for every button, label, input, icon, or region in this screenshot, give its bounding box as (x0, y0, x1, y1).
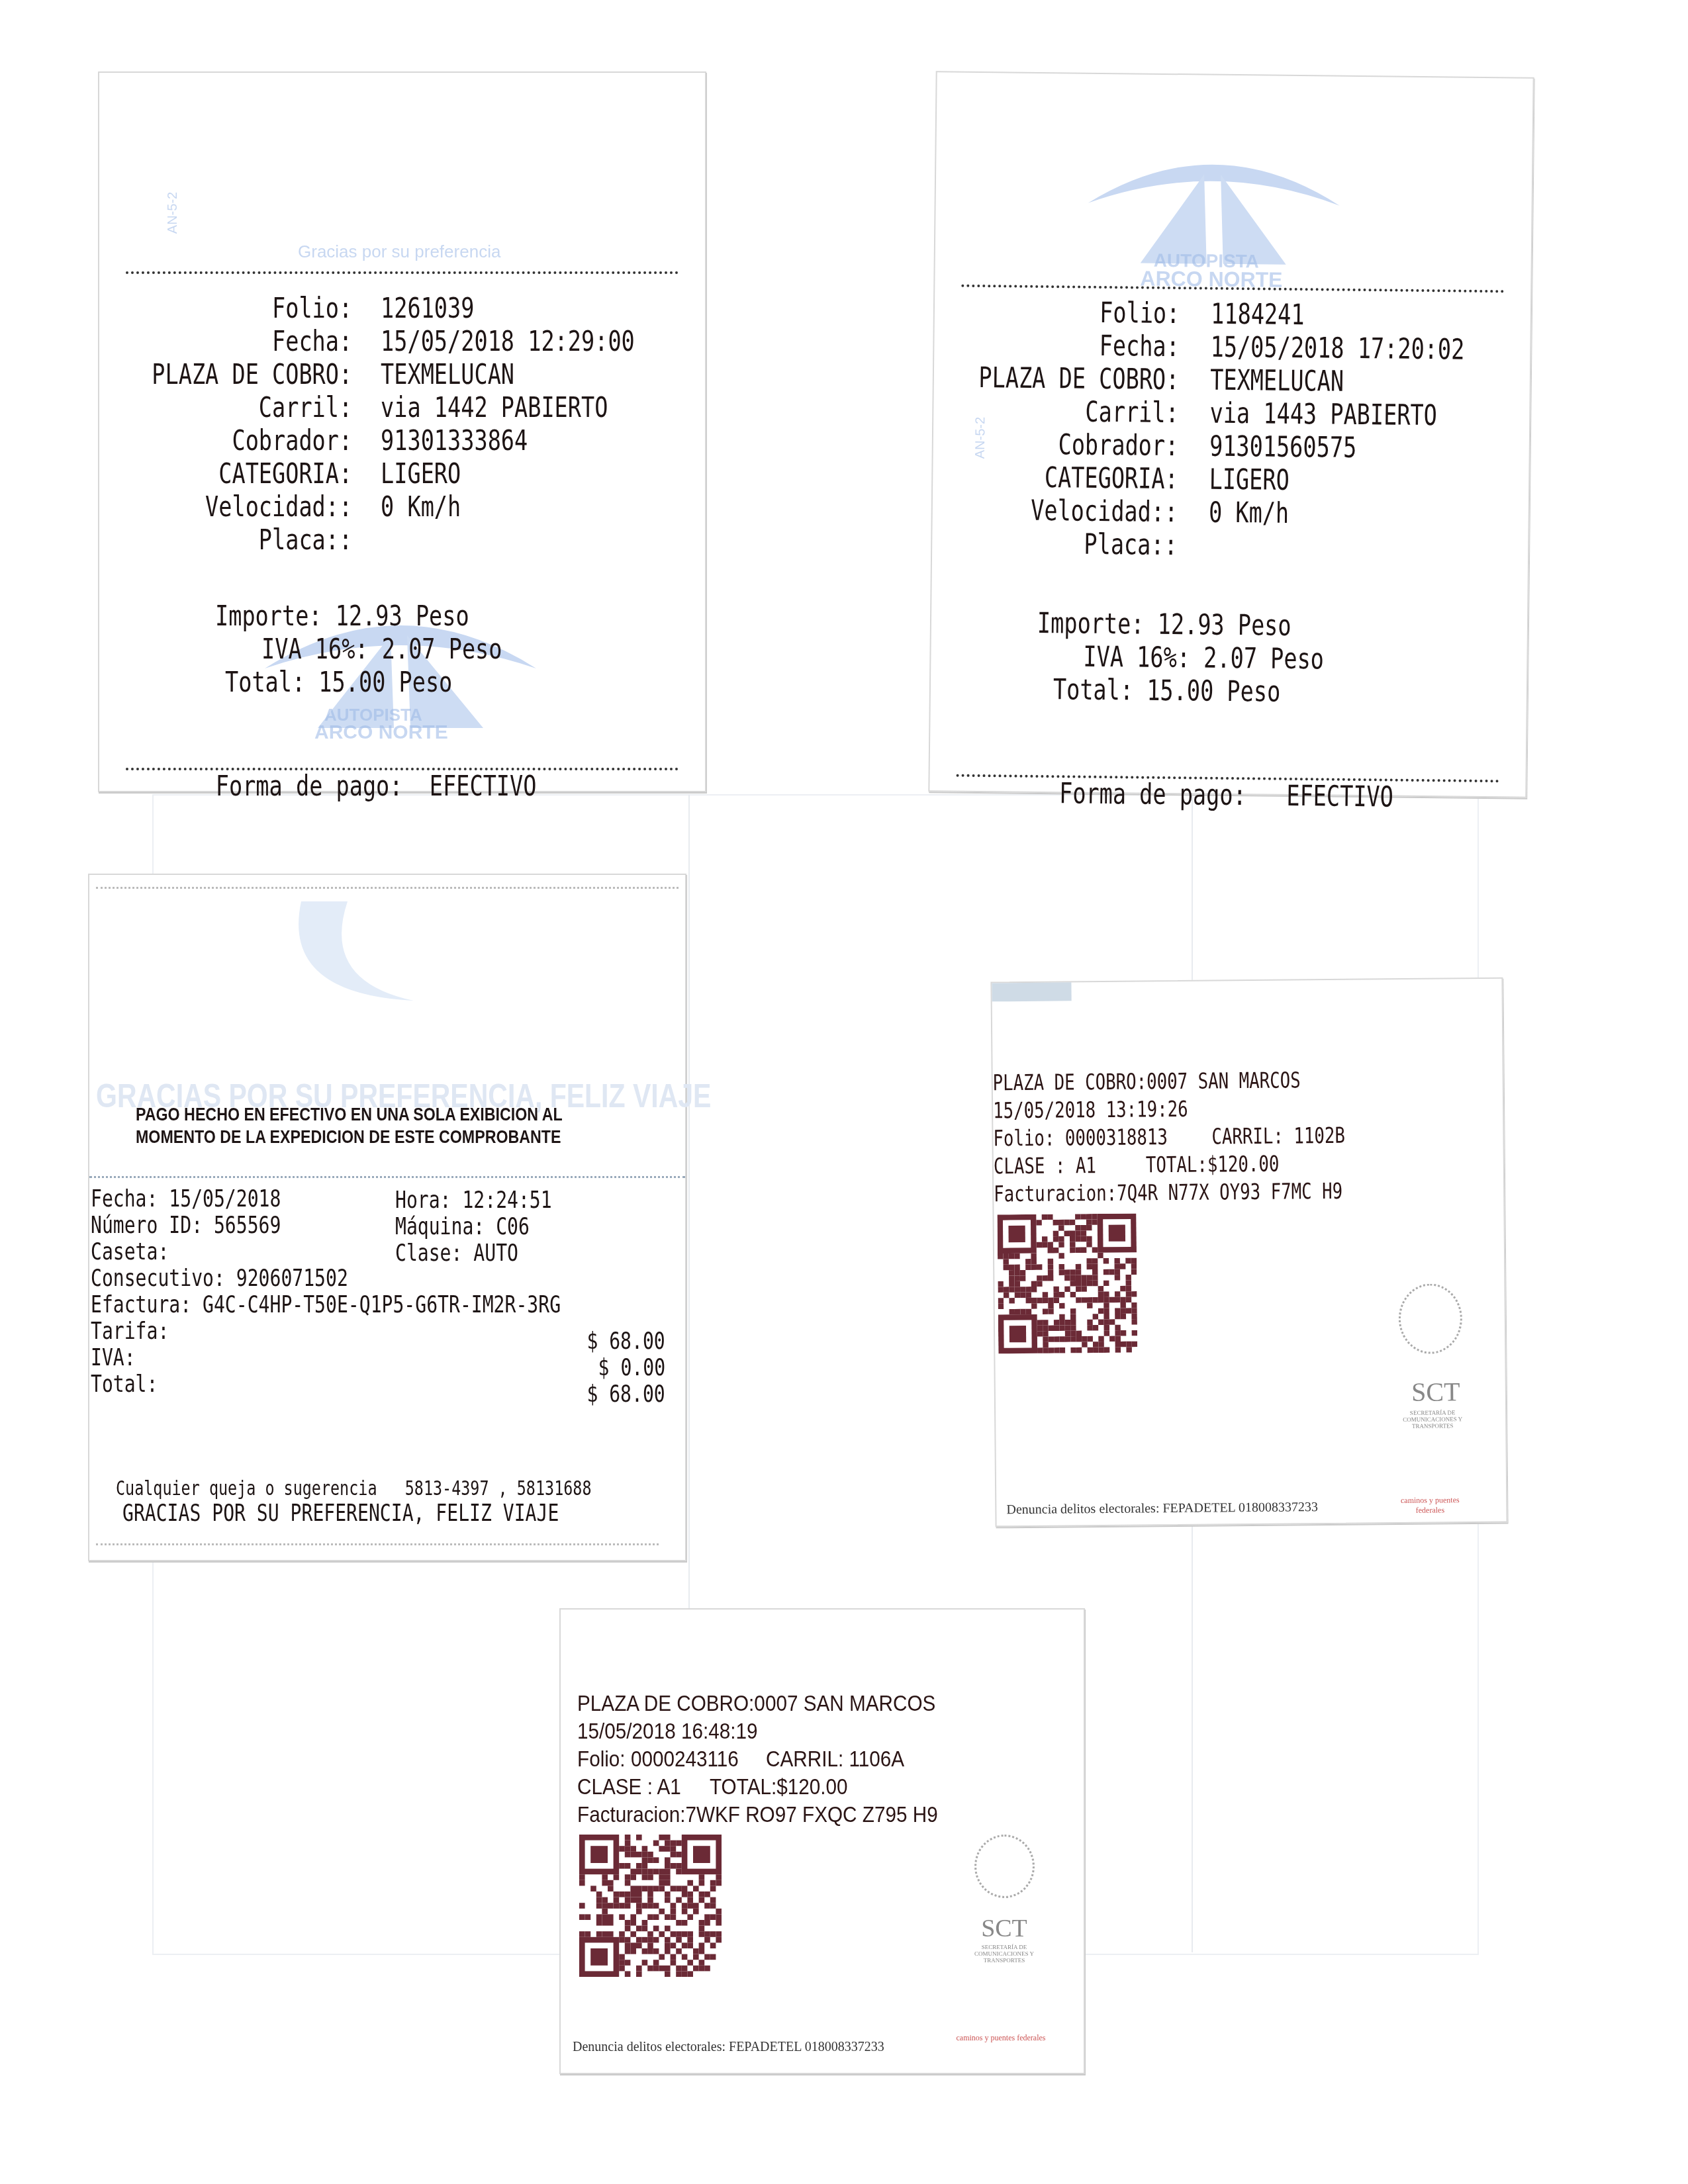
row-value: TEXMELUCAN (1210, 363, 1344, 399)
amount-value: 2.07 Peso (1203, 642, 1324, 676)
amount-row: IVA 16%: 2.07 Peso (261, 632, 502, 666)
folio: Folio: 0000243116 (577, 1745, 739, 1774)
electoral-footer: Denuncia delitos electorales: FEPADETEL … (573, 2040, 884, 2055)
amount-value: $ 68.00 (587, 1381, 665, 1408)
row-label: PLAZA DE COBRO: (978, 361, 1179, 397)
complaints-line: Cualquier queja o sugerencia 5813-4397 ,… (116, 1476, 591, 1502)
amount-row: Importe: 12.93 Peso (215, 599, 469, 633)
amount-label: IVA: (91, 1345, 136, 1371)
electoral-footer: Denuncia delitos electorales: FEPADETEL … (1006, 1500, 1318, 1518)
government-seal-icon (1398, 1283, 1462, 1354)
datetime: 15/05/2018 16:48:19 (577, 1717, 758, 1746)
sct-name: SECRETARÍA DE COMUNICACIONES Y TRANSPORT… (964, 1944, 1044, 1964)
caseta: Caseta: (91, 1239, 169, 1265)
row-value: LIGERO (1209, 463, 1289, 498)
amount-value: 2.07 Peso (382, 633, 502, 666)
amount-label: Total: (91, 1371, 158, 1398)
amount-value: 15.00 Peso (318, 666, 452, 699)
row-value: 1261039 (381, 291, 474, 326)
billing-qr-code[interactable] (579, 1835, 722, 1977)
row-value: via 1443 PABIERTO (1209, 396, 1437, 433)
row-label: Velocidad:: (1031, 494, 1178, 529)
amount-value: $ 68.00 (587, 1328, 665, 1355)
payment-method: Forma de pago: EFECTIVO (162, 735, 536, 838)
row-value: 1184241 (1211, 297, 1305, 332)
clase: Clase: AUTO (395, 1240, 518, 1267)
amount-row: Total: 15.00 Peso (225, 665, 452, 700)
government-seal-icon (974, 1835, 1035, 1898)
tear-line (96, 1543, 659, 1545)
datetime: 15/05/2018 13:19:26 (993, 1095, 1188, 1125)
amount-label: Tarifa: (91, 1318, 169, 1345)
amount-label: Total: (225, 666, 305, 699)
total: TOTAL:$120.00 (710, 1772, 848, 1801)
row-label: PLAZA DE COBRO: (152, 357, 352, 392)
row-label: Cobrador: (232, 424, 352, 458)
sct-logo: SCT (961, 1914, 1047, 1943)
sct-logo: SCT (1393, 1376, 1479, 1408)
row-label: Cobrador: (1058, 428, 1178, 463)
toll-receipt-4: PLAZA DE COBRO:0007 SAN MARCOS 15/05/201… (990, 978, 1507, 1527)
payment-notice: PAGO HECHO EN EFECTIVO EN UNA SOLA EXIBI… (136, 1103, 563, 1148)
row-label: Placa:: (259, 523, 352, 557)
row-label: Carril: (259, 390, 352, 425)
folio: Folio: 0000318813 (993, 1123, 1168, 1152)
row-label: Placa:: (1084, 527, 1178, 563)
payment-method: Forma de pago: EFECTIVO (1005, 741, 1393, 848)
stamp-strip (992, 982, 1071, 1001)
row-label: Fecha: (1099, 329, 1180, 364)
clase: CLASE : A1 (994, 1152, 1096, 1180)
swoosh-logo (281, 901, 493, 1007)
amount-row: IVA 16%: 2.07 Peso (1083, 640, 1324, 677)
toll-receipt-1: AN-5-2 Gracias por su preferencia AUTOPI… (98, 71, 706, 792)
maquina: Máquina: C06 (395, 1214, 530, 1240)
amount-label: IVA 16%: (261, 633, 369, 666)
plaza: PLAZA DE COBRO:0007 SAN MARCOS (577, 1689, 935, 1718)
amount-row: Importe: 12.93 Peso (1037, 606, 1291, 643)
facturacion: Facturacion:7Q4R N77X OY93 F7MC H9 (994, 1177, 1342, 1208)
amount-label: Total: (1053, 673, 1134, 707)
row-value: LIGERO (381, 457, 461, 491)
capufe-brand: caminos y puentes federales (1387, 1495, 1473, 1516)
efactura: Efactura: G4C-C4HP-T50E-Q1P5-G6TR-IM2R-3… (91, 1292, 561, 1318)
toll-receipt-5: PLAZA DE COBRO:0007 SAN MARCOS 15/05/201… (559, 1608, 1085, 2074)
amount-value: 12.93 Peso (1157, 608, 1291, 643)
row-value: 0 Km/h (1209, 496, 1289, 531)
row-value: 91301333864 (381, 424, 528, 458)
carril: CARRIL: 1106A (766, 1745, 904, 1774)
row-value: 0 Km/h (381, 490, 461, 524)
row-value: 15/05/2018 12:29:00 (381, 324, 635, 359)
tear-line (126, 768, 679, 770)
plaza: PLAZA DE COBRO:0007 SAN MARCOS (993, 1066, 1301, 1097)
clase: CLASE : A1 (577, 1772, 681, 1801)
row-value: via 1442 PABIERTO (381, 390, 608, 425)
billing-qr-code[interactable] (997, 1213, 1137, 1357)
side-code: AN-5-2 (973, 417, 989, 459)
fecha: Fecha: 15/05/2018 (91, 1186, 281, 1212)
row-value: 91301560575 (1209, 430, 1357, 465)
receipt-row: Folio:1184241 (935, 294, 1503, 300)
tear-line (89, 1176, 685, 1178)
amount-value: 12.93 Peso (336, 600, 469, 633)
amount-label: Importe: (1037, 607, 1145, 641)
amount-value: 15.00 Peso (1147, 674, 1280, 709)
total: TOTAL:$120.00 (1146, 1150, 1280, 1179)
row-label: Carril: (1085, 395, 1179, 430)
row-value: 15/05/2018 17:20:02 (1210, 330, 1464, 367)
numero-id: Número ID: 565569 (91, 1212, 281, 1239)
row-label: Folio: (272, 291, 352, 326)
capufe-brand: caminos y puentes federales (955, 2033, 1047, 2043)
sct-name: SECRETARÍA DE COMUNICACIONES Y TRANSPORT… (1393, 1409, 1472, 1430)
row-label: Folio: (1100, 296, 1180, 331)
header-watermark: Gracias por su preferencia (298, 242, 500, 262)
toll-receipt-3: GRACIAS POR SU PREFERENCIA, FELIZ VIAJE … (88, 874, 686, 1561)
row-label: CATEGORIA: (218, 457, 352, 491)
facturacion: Facturacion:7WKF RO97 FXQC Z795 H9 (577, 1800, 938, 1829)
tear-line (96, 887, 679, 889)
row-label: Fecha: (272, 324, 352, 359)
thanks-line: GRACIAS POR SU PREFERENCIA, FELIZ VIAJE (122, 1500, 559, 1527)
tear-line (126, 271, 679, 274)
row-label: Velocidad:: (205, 490, 352, 524)
amount-label: Importe: (215, 600, 322, 633)
row-label: CATEGORIA: (1045, 461, 1178, 496)
side-code: AN-5-2 (165, 192, 181, 234)
amount-label: IVA 16%: (1083, 641, 1190, 675)
toll-receipt-2: AUTOPISTA ARCO NORTE AN-5-2 Folio:118424… (928, 71, 1534, 797)
row-value: TEXMELUCAN (381, 357, 514, 392)
hora: Hora: 12:24:51 (395, 1187, 552, 1214)
amount-row: Total: 15.00 Peso (1053, 672, 1281, 709)
consecutivo: Consecutivo: 9206071502 (91, 1265, 348, 1292)
carril: CARRIL: 1102B (1211, 1122, 1345, 1151)
amount-value: $ 0.00 (598, 1355, 665, 1381)
